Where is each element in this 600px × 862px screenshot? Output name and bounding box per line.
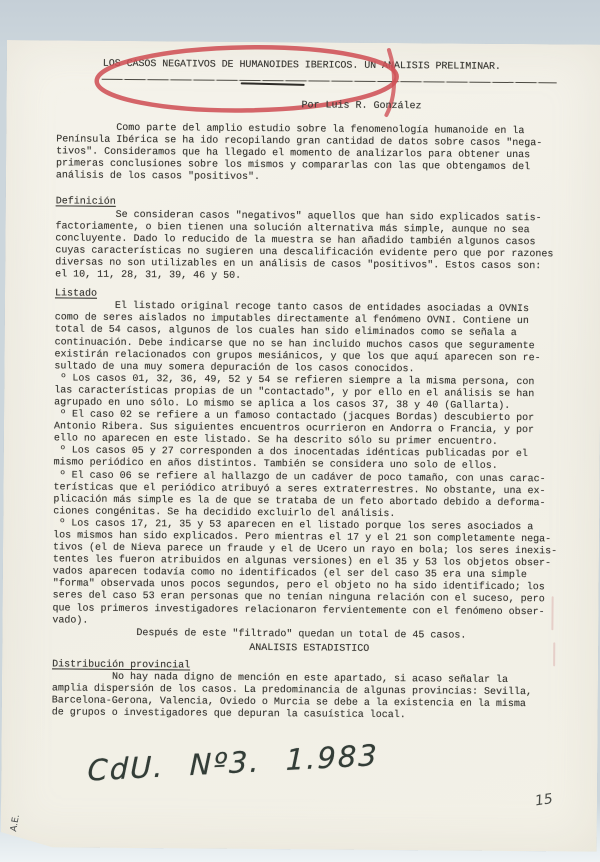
distribucion-paragraph: No hay nada digno de mención en este apa… bbox=[52, 671, 566, 723]
listado-paragraph: El listado original recoge tanto casos d… bbox=[54, 301, 569, 378]
intro-paragraph: Como parte del amplio estudio sobre la f… bbox=[56, 122, 570, 187]
margin-pen-mark bbox=[553, 642, 555, 666]
list-item: º Los casos 01, 32, 36, 49, 52 y 54 se r… bbox=[54, 373, 568, 413]
corner-initials: A.E. bbox=[9, 814, 22, 833]
list-item: º El caso 02 se refiere a un famoso cont… bbox=[54, 409, 568, 449]
listado-bullets: º Los casos 01, 32, 36, 49, 52 y 54 se r… bbox=[52, 373, 568, 643]
analisis-estadistico-heading: ANALISIS ESTADISTICO bbox=[52, 641, 566, 657]
margin-pen-mark bbox=[551, 596, 553, 630]
scanned-document: { "scan": { "title": "LOS CASOS NEGATIVO… bbox=[0, 0, 600, 862]
list-item: º Los casos 17, 21, 35 y 53 aparecen en … bbox=[52, 518, 567, 631]
list-item: º El caso 06 se refiere al hallazgo de u… bbox=[53, 470, 567, 522]
page-number: 15 bbox=[534, 791, 554, 809]
handwritten-note: CdU. Nº3. 1.983 bbox=[87, 738, 379, 788]
definicion-paragraph: Se consideran casos "negativos" aquellos… bbox=[55, 209, 570, 286]
document-body: Como parte del amplio estudio sobre la f… bbox=[52, 122, 571, 723]
byline: Por Luis R. González bbox=[301, 100, 421, 113]
scanned-page: LOS CASOS NEGATIVOS DE HUMANOIDES IBERIC… bbox=[1, 40, 600, 852]
list-item: º Los casos 05 y 27 corresponden a dos i… bbox=[54, 446, 568, 474]
